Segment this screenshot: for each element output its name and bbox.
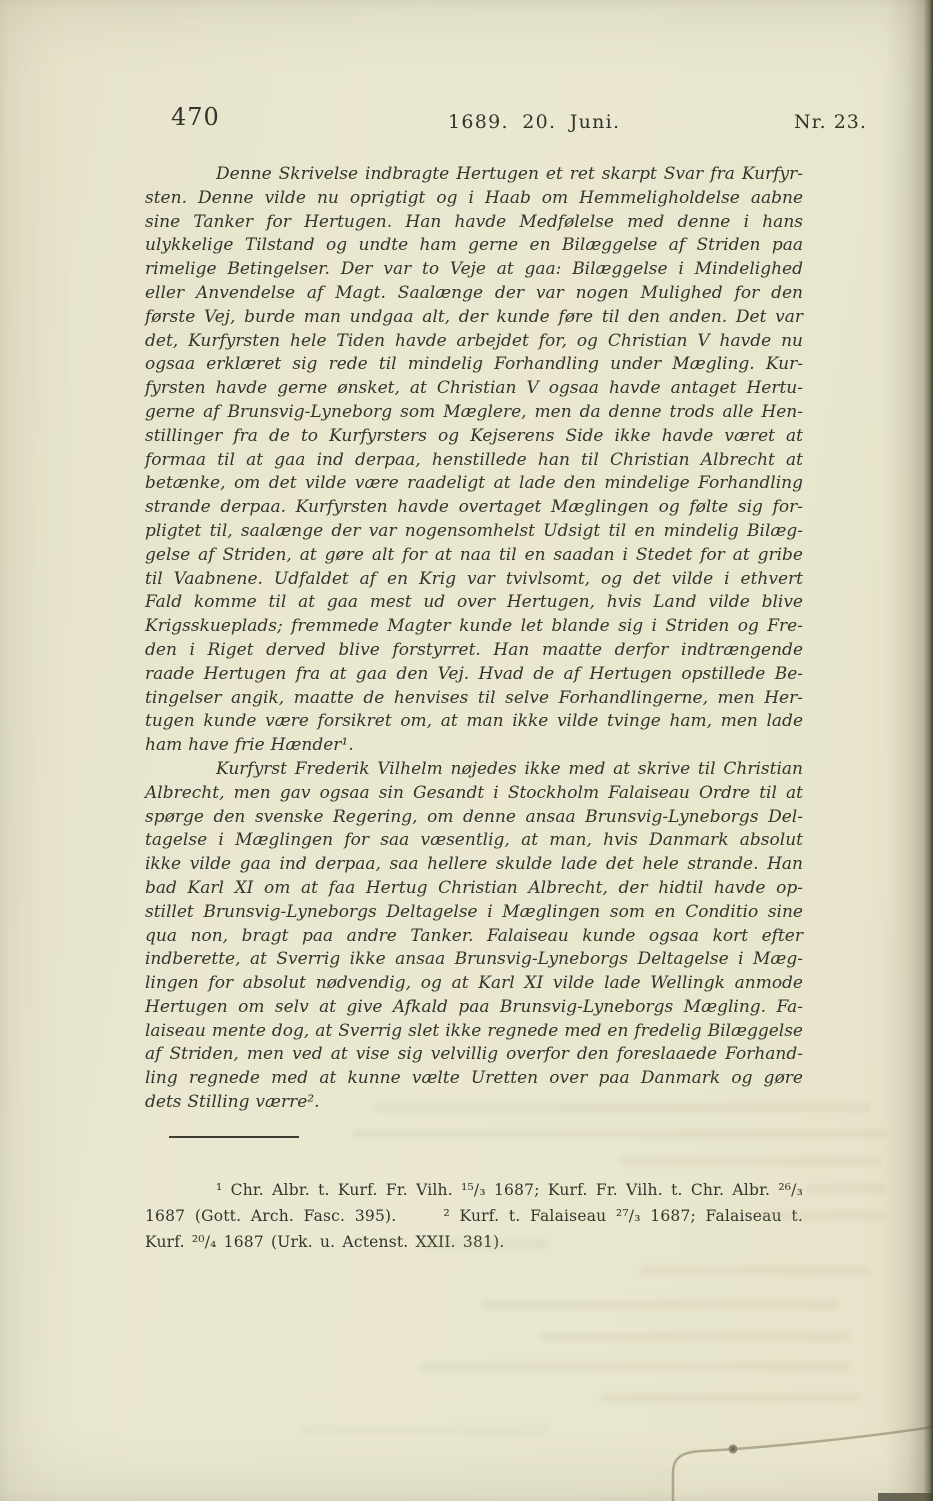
text-line: den i Riget derved blive forstyrret. Han… <box>145 639 803 663</box>
text-line: gerne af Brunsvig-Lyneborg som Mæglere, … <box>145 401 803 425</box>
text-line: ogsaa erklæret sig rede til mindelig For… <box>145 353 803 377</box>
text-line: stillet Brunsvig-Lyneborgs Deltagelse i … <box>145 901 803 925</box>
show-through-artifact <box>600 1393 860 1402</box>
show-through-artifact <box>620 1157 882 1166</box>
text-line: sine Tanker for Hertugen. Han havde Medf… <box>145 211 803 235</box>
footnote-rule <box>169 1136 299 1138</box>
text-line: laiseau mente dog, at Sverrig slet ikke … <box>145 1020 803 1044</box>
ink-dot-artifact <box>731 1447 735 1451</box>
page-curl-line <box>673 1427 933 1501</box>
show-through-artifact <box>352 1129 887 1138</box>
text-line: ham have frie Hænder¹. <box>145 734 803 758</box>
text-line: qua non, bragt paa andre Tanker. Falaise… <box>145 925 803 949</box>
text-line: fyrsten havde gerne ønsket, at Christian… <box>145 377 803 401</box>
text-line: strande derpaa. Kurfyrsten havde overtag… <box>145 496 803 520</box>
text-line: det, Kurfyrsten hele Tiden havde arbejde… <box>145 330 803 354</box>
text-line: raade Hertugen fra at gaa den Vej. Hvad … <box>145 663 803 687</box>
text-line: indberette, at Sverrig ikke ansaa Brunsv… <box>145 948 803 972</box>
text-line: tagelse i Mæglingen for saa væsentlig, a… <box>145 829 803 853</box>
text-line: dets Stilling værre². <box>145 1091 803 1115</box>
text-line: Kurfyrst Frederik Vilhelm nøjedes ikke m… <box>145 758 803 782</box>
underlying-page-area <box>673 1427 933 1501</box>
text-line: sten. Denne vilde nu oprigtigt og i Haab… <box>145 187 803 211</box>
header-date: 1689. 20. Juni. <box>448 111 620 133</box>
footnote-line: 1687 (Gott. Arch. Fasc. 395). ² Kurf. t.… <box>145 1203 803 1229</box>
text-line: Denne Skrivelse indbragte Hertugen et re… <box>145 163 803 187</box>
paragraph-1: Denne Skrivelse indbragte Hertugen et re… <box>145 163 803 758</box>
text-line: ulykkelige Tilstand og undte ham gerne e… <box>145 234 803 258</box>
text-line: bad Karl XI om at faa Hertug Christian A… <box>145 877 803 901</box>
text-line: Fald komme til at gaa mest ud over Hertu… <box>145 591 803 615</box>
text-line: betænke, om det vilde være raadeligt at … <box>145 472 803 496</box>
text-line: Krigsskueplads; fremmede Magter kunde le… <box>145 615 803 639</box>
text-line: spørge den svenske Regering, om denne an… <box>145 806 803 830</box>
text-line: Albrecht, men gav ogsaa sin Gesandt i St… <box>145 782 803 806</box>
footnote-line: Kurf. ²⁰/₄ 1687 (Urk. u. Actenst. XXII. … <box>145 1229 803 1255</box>
text-line: til Vaabnene. Udfaldet af en Krig var tv… <box>145 568 803 592</box>
text-line: eller Anvendelse af Magt. Saalænge der v… <box>145 282 803 306</box>
text-line: stillinger fra de to Kurfyrsters og Kejs… <box>145 425 803 449</box>
header-document-number: Nr. 23. <box>794 111 867 133</box>
footnotes: ¹ Chr. Albr. t. Kurf. Fr. Vilh. ¹⁵/₃ 168… <box>145 1177 803 1255</box>
text-line: gelse af Striden, at gøre alt for at naa… <box>145 544 803 568</box>
text-line: ling regnede med at kunne vælte Uretten … <box>145 1067 803 1091</box>
paragraph-2: Kurfyrst Frederik Vilhelm nøjedes ikke m… <box>145 758 803 1115</box>
show-through-artifact <box>640 1266 870 1275</box>
show-through-artifact <box>480 1300 840 1309</box>
show-through-artifact <box>806 1184 886 1193</box>
text-line: Hertugen om selv at give Afkald paa Brun… <box>145 996 803 1020</box>
show-through-artifact <box>420 1362 850 1371</box>
corner-shadow-artifact <box>878 1493 933 1501</box>
text-line: rimelige Betingelser. Der var to Veje at… <box>145 258 803 282</box>
text-line: af Striden, men ved at vise sig velvilli… <box>145 1043 803 1067</box>
main-text: Denne Skrivelse indbragte Hertugen et re… <box>145 163 803 1115</box>
ink-dot-artifact <box>729 1445 738 1454</box>
footnote-line: ¹ Chr. Albr. t. Kurf. Fr. Vilh. ¹⁵/₃ 168… <box>145 1177 803 1203</box>
show-through-artifact <box>540 1332 850 1341</box>
text-line: tingelser angik, maatte de henvises til … <box>145 687 803 711</box>
text-line: lingen for absolut nødvendig, og at Karl… <box>145 972 803 996</box>
binding-edge-shadow <box>885 0 933 1501</box>
book-page: 470 1689. 20. Juni. Nr. 23. Denne Skrive… <box>0 0 933 1501</box>
text-line: første Vej, burde man undgaa alt, der ku… <box>145 306 803 330</box>
text-line: pligtet til, saalænge der var nogensomhe… <box>145 520 803 544</box>
text-line: formaa til at gaa ind derpaa, henstilled… <box>145 449 803 473</box>
page-number: 470 <box>171 103 220 131</box>
text-line: ikke vilde gaa ind derpaa, saa hellere s… <box>145 853 803 877</box>
show-through-artifact <box>300 1425 550 1434</box>
text-line: tugen kunde være forsikret om, at man ik… <box>145 710 803 734</box>
